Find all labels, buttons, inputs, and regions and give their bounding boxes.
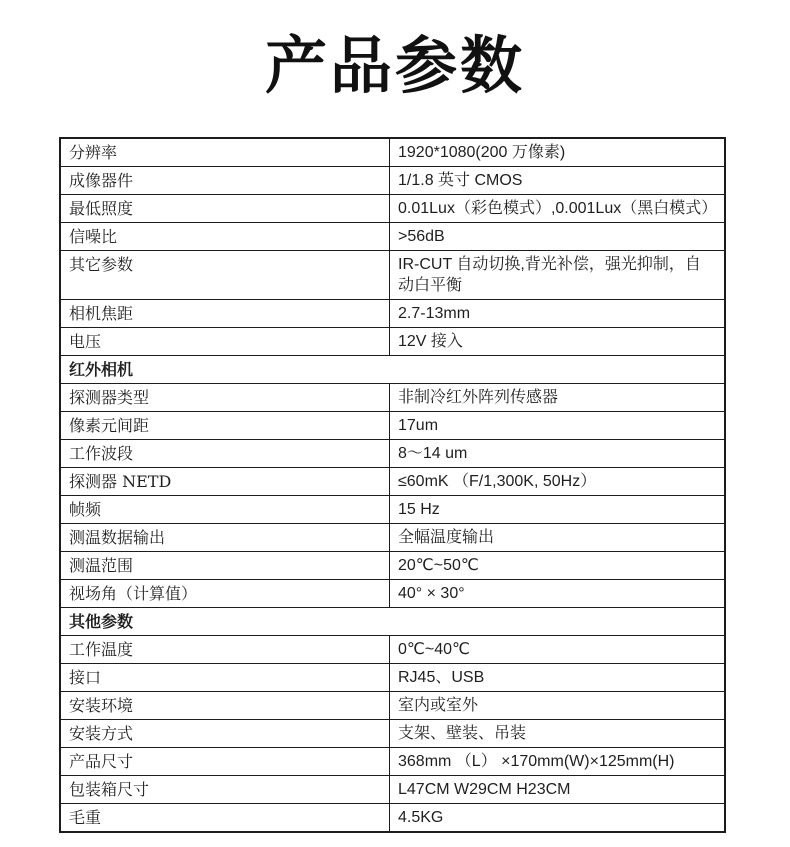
spec-value: RJ45、USB bbox=[390, 664, 724, 691]
spec-label: 毛重 bbox=[61, 804, 390, 831]
table-row: 测温数据输出 全幅温度输出 bbox=[61, 523, 724, 551]
spec-label: 信噪比 bbox=[61, 223, 390, 250]
section-label: 红外相机 bbox=[61, 356, 724, 383]
spec-label: 测温范围 bbox=[61, 552, 390, 579]
table-row: 像素元间距 17um bbox=[61, 411, 724, 439]
table-row: 毛重 4.5KG bbox=[61, 803, 724, 831]
spec-label: 帧频 bbox=[61, 496, 390, 523]
spec-label: 探测器类型 bbox=[61, 384, 390, 411]
spec-value: 40° × 30° bbox=[390, 580, 724, 607]
spec-label: 接口 bbox=[61, 664, 390, 691]
table-row: 成像器件 1/1.8 英寸 CMOS bbox=[61, 166, 724, 194]
spec-value: 368mm （L） ×170mm(W)×125mm(H) bbox=[390, 748, 724, 775]
spec-label: 安装环境 bbox=[61, 692, 390, 719]
spec-value: L47CM W29CM H23CM bbox=[390, 776, 724, 803]
spec-label: 探测器 NETD bbox=[61, 468, 390, 495]
table-row: 安装方式 支架、壁装、吊装 bbox=[61, 719, 724, 747]
table-row: 相机焦距 2.7-13mm bbox=[61, 299, 724, 327]
spec-label: 测温数据输出 bbox=[61, 524, 390, 551]
table-row: 工作波段 8～14 um bbox=[61, 439, 724, 467]
spec-label: 工作温度 bbox=[61, 636, 390, 663]
spec-value: IR-CUT 自动切换,背光补偿，强光抑制，自动白平衡 bbox=[390, 251, 724, 299]
table-row: 电压 12V 接入 bbox=[61, 327, 724, 355]
spec-value: 室内或室外 bbox=[390, 692, 724, 719]
table-row: 最低照度 0.01Lux（彩色模式）,0.001Lux（黑白模式） bbox=[61, 194, 724, 222]
spec-value: 全幅温度输出 bbox=[390, 524, 724, 551]
spec-value: 8～14 um bbox=[390, 440, 724, 467]
table-row: 分辨率 1920*1080(200 万像素) bbox=[61, 139, 724, 166]
spec-label: 相机焦距 bbox=[61, 300, 390, 327]
spec-label: 成像器件 bbox=[61, 167, 390, 194]
spec-value: >56dB bbox=[390, 223, 724, 250]
table-row: 包装箱尺寸 L47CM W29CM H23CM bbox=[61, 775, 724, 803]
spec-label: 其它参数 bbox=[61, 251, 390, 299]
spec-label: 像素元间距 bbox=[61, 412, 390, 439]
spec-value: 20℃~50℃ bbox=[390, 552, 724, 579]
table-row: 探测器 NETD ≤60mK （F/1,300K, 50Hz） bbox=[61, 467, 724, 495]
spec-value: 4.5KG bbox=[390, 804, 724, 831]
table-row: 其它参数 IR-CUT 自动切换,背光补偿，强光抑制，自动白平衡 bbox=[61, 250, 724, 299]
page-title: 产品参数 bbox=[0, 0, 790, 101]
spec-value: 1/1.8 英寸 CMOS bbox=[390, 167, 724, 194]
table-row: 帧频 15 Hz bbox=[61, 495, 724, 523]
table-row: 接口 RJ45、USB bbox=[61, 663, 724, 691]
spec-label: 安装方式 bbox=[61, 720, 390, 747]
spec-value: ≤60mK （F/1,300K, 50Hz） bbox=[390, 468, 724, 495]
spec-value: 17um bbox=[390, 412, 724, 439]
spec-value: 非制冷红外阵列传感器 bbox=[390, 384, 724, 411]
spec-value: 1920*1080(200 万像素) bbox=[390, 139, 724, 166]
spec-label: 工作波段 bbox=[61, 440, 390, 467]
spec-label: 产品尺寸 bbox=[61, 748, 390, 775]
spec-label: 视场角（计算值） bbox=[61, 580, 390, 607]
table-row: 信噪比 >56dB bbox=[61, 222, 724, 250]
spec-value: 12V 接入 bbox=[390, 328, 724, 355]
spec-table: 分辨率 1920*1080(200 万像素) 成像器件 1/1.8 英寸 CMO… bbox=[59, 137, 726, 833]
spec-value: 0.01Lux（彩色模式）,0.001Lux（黑白模式） bbox=[390, 195, 724, 222]
spec-sheet-page: 产品参数 分辨率 1920*1080(200 万像素) 成像器件 1/1.8 英… bbox=[0, 0, 790, 847]
spec-value: 支架、壁装、吊装 bbox=[390, 720, 724, 747]
table-row: 视场角（计算值） 40° × 30° bbox=[61, 579, 724, 607]
table-row: 产品尺寸 368mm （L） ×170mm(W)×125mm(H) bbox=[61, 747, 724, 775]
table-row: 安装环境 室内或室外 bbox=[61, 691, 724, 719]
table-row: 探测器类型 非制冷红外阵列传感器 bbox=[61, 383, 724, 411]
spec-value: 15 Hz bbox=[390, 496, 724, 523]
section-label: 其他参数 bbox=[61, 608, 724, 635]
spec-label: 电压 bbox=[61, 328, 390, 355]
table-section-row: 其他参数 bbox=[61, 607, 724, 635]
table-row: 工作温度 0℃~40℃ bbox=[61, 635, 724, 663]
spec-value: 2.7-13mm bbox=[390, 300, 724, 327]
spec-label: 分辨率 bbox=[61, 139, 390, 166]
table-row: 测温范围 20℃~50℃ bbox=[61, 551, 724, 579]
spec-label: 包装箱尺寸 bbox=[61, 776, 390, 803]
spec-label: 最低照度 bbox=[61, 195, 390, 222]
table-section-row: 红外相机 bbox=[61, 355, 724, 383]
spec-value: 0℃~40℃ bbox=[390, 636, 724, 663]
